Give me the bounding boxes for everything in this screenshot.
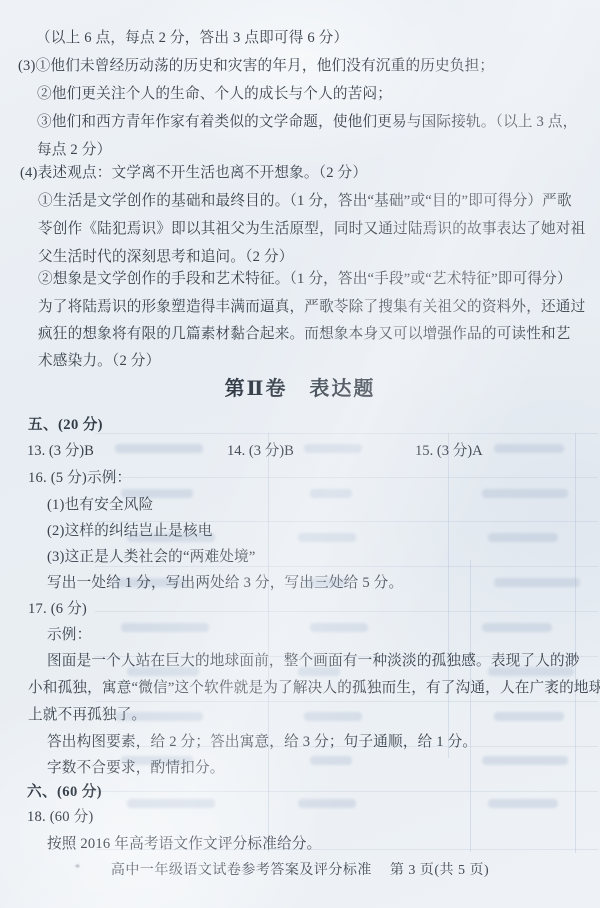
bleedthrough-line: [575, 433, 576, 853]
text-line: 写出一处给 1 分，写出两处给 3 分，写出三处给 5 分。: [47, 570, 403, 596]
text-line: 术感染力。（2 分）: [38, 348, 160, 374]
bleedthrough-smudge: [127, 799, 215, 808]
text-line: ②想象是文学创作的手段和艺术特征。（1 分，答出“手段”或“艺术特征”即可得分）: [38, 266, 572, 292]
text-line: (1)也有安全风险: [47, 492, 153, 518]
bleedthrough-line: [95, 791, 598, 792]
bleedthrough-smudge: [494, 712, 564, 721]
bleedthrough-smudge: [488, 533, 558, 542]
text-line: 按照 2016 年高考语文作文评分标准给分。: [47, 831, 321, 857]
text-line: (3)这正是人类社会的“两难处境”: [47, 544, 256, 570]
text-line: 疯狂的想象将有限的几篇素材黏合起来。而想象本身又可以增强作品的可读性和艺: [38, 321, 571, 347]
text-line: 小和孤独，寓意“微信”这个软件就是为了解决人的孤独而生，有了沟通，人在广袤的地球: [28, 675, 600, 701]
text-line: 16. (5 分)示例：: [28, 465, 131, 491]
bleedthrough-line: [95, 433, 598, 434]
footer-title: 高中一年级语文试卷参考答案及评分标准: [111, 863, 372, 878]
bleedthrough-line: [448, 433, 449, 758]
bleedthrough-line: [95, 477, 598, 478]
choice-answer: 13. (3 分)B: [27, 438, 94, 464]
text-line: 图面是一个人站在巨大的地球面前，整个画面有一种淡淡的孤独感。表现了人的渺: [47, 648, 580, 674]
text-line: 答出构图要素，给 2 分；答出寓意，给 3 分；句子通顺，给 1 分。: [47, 729, 477, 755]
bleedthrough-line: [95, 611, 598, 612]
scanned-answer-key-page: （以上 6 点，每点 2 分，答出 3 点即可得 6 分）(3)①他们未曾经历动…: [0, 0, 600, 908]
footer-page-number: 第 3 页(共 5 页): [390, 863, 489, 878]
text-line: 苓创作《陆犯焉识》即以其祖父为生活原型，同时又通过陆焉识的故事表达了她对祖: [38, 216, 585, 242]
text-line: (2)这样的纠结岂止是核电: [47, 518, 213, 544]
text-line: ①生活是文学创作的基础和最终目的。（1 分，答出“基础”或“目的”即可得分）严歌: [38, 188, 572, 214]
bleedthrough-line: [268, 433, 269, 852]
bleedthrough-smudge: [310, 489, 352, 498]
bleedthrough-smudge: [310, 756, 352, 765]
bleedthrough-line: [470, 560, 471, 852]
bleedthrough-smudge: [298, 533, 356, 542]
text-line: 为了将陆焉识的形象塑造得丰满而逼真，严歌苓除了搜集有关祖父的资料外，还通过: [38, 294, 585, 320]
text-line: 18. (60 分): [27, 804, 93, 830]
text-line: ③他们和西方青年作家有着类似的文学命题，使他们更易与国际接轨。（以上 3 点，: [37, 109, 577, 135]
bleedthrough-smudge: [310, 623, 368, 632]
text-line: （以上 6 点，每点 2 分，答出 3 点即可得 6 分）: [36, 25, 348, 51]
bleedthrough-line: [95, 701, 598, 702]
text-line: ②他们更关注个人的生命、个人的成长与个人的苦闷；: [37, 81, 392, 107]
text-line: 上就不再孤独了。: [28, 702, 146, 728]
bleedthrough-smudge: [488, 799, 558, 808]
part2-section-heading: 第Ⅱ卷 表达题: [0, 372, 600, 401]
text-line: 五、(20 分): [28, 412, 103, 438]
multiple-choice-answers-row: 13. (3 分)B14. (3 分)B15. (3 分)A: [0, 438, 600, 464]
text-line: 17. (6 分): [28, 596, 87, 622]
bleedthrough-smudge: [304, 712, 362, 721]
text-line: 字数不合要求，酌情扣分。: [47, 755, 225, 781]
bleedthrough-smudge: [494, 578, 580, 587]
bleedthrough-smudge: [482, 489, 568, 498]
text-line: (4)表述观点：文学离不开生活也离不开想象。（2 分）: [20, 160, 367, 186]
text-line: 示例：: [47, 622, 91, 648]
text-line: (3)①他们未曾经历动荡的历史和灾害的年月，他们没有沉重的历史负担；: [18, 53, 494, 79]
bleedthrough-smudge: [482, 623, 552, 632]
bleedthrough-smudge: [121, 623, 209, 632]
bleedthrough-smudge: [298, 799, 356, 808]
choice-answer: 15. (3 分)A: [415, 438, 483, 464]
page-footer: 高中一年级语文试卷参考答案及评分标准 第 3 页(共 5 页): [0, 859, 600, 879]
choice-answer: 14. (3 分)B: [227, 438, 294, 464]
bleedthrough-smudge: [482, 756, 568, 765]
text-line: 六、(60 分): [27, 779, 102, 805]
